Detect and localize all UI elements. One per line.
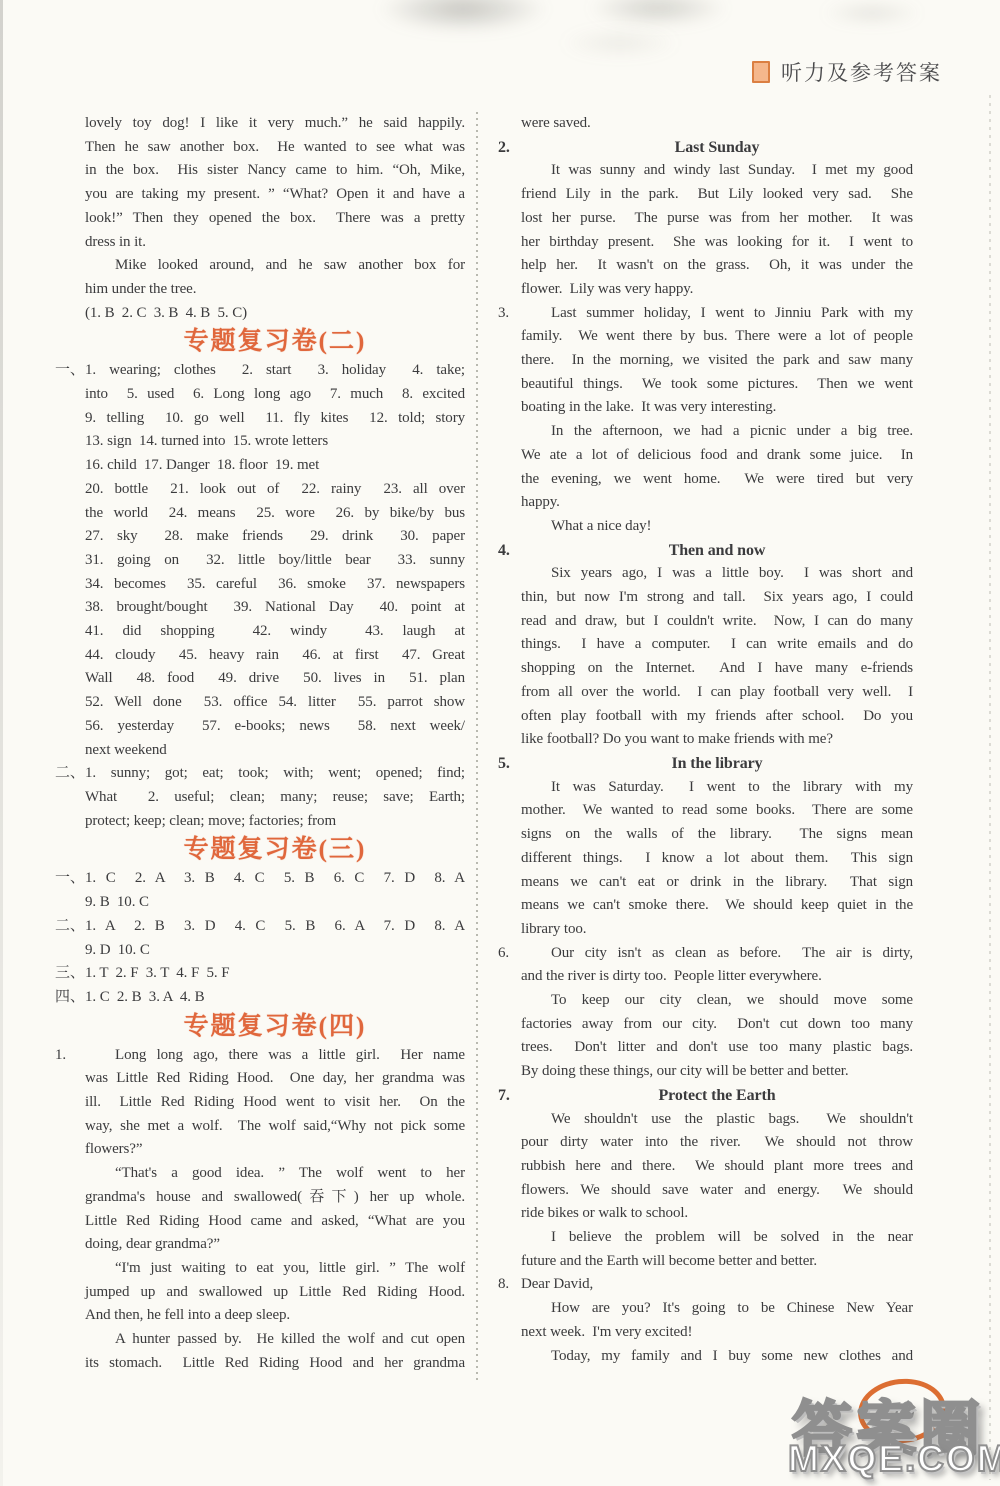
text-line: trees. Don't litter and don't use too ma…	[521, 1036, 913, 1060]
text-line: We ate a lot of delicious food and drank…	[521, 444, 913, 468]
line-text: Today, my family and I buy some new clot…	[551, 1348, 913, 1364]
text-line: 6.Our city isn't as clean as before. The…	[521, 942, 913, 966]
line-text: 1. T 2. F 3. T 4. F 5. F	[85, 965, 229, 981]
text-line: factories away from our city. Don't cut …	[521, 1013, 913, 1037]
line-text: In the library	[671, 755, 762, 772]
section-heading: 专题复习卷(二)	[85, 325, 465, 359]
page-left-edge	[0, 0, 3, 1486]
line-text: different things. I know a lot about the…	[521, 850, 913, 866]
line-text: protect; keep; clean; move; factories; f…	[85, 813, 336, 829]
passage-title: 5.In the library	[521, 752, 913, 776]
line-text: “That's a good idea. ” The wolf went to …	[115, 1165, 465, 1181]
line-text: Then and now	[669, 542, 766, 559]
line-text: flowers?”	[85, 1141, 142, 1157]
text-line: read and draw, but I couldn't write. Now…	[521, 610, 913, 634]
item-marker: 7.	[498, 1084, 510, 1108]
text-line: flowers?”	[85, 1138, 465, 1162]
line-text: A hunter passed by. He killed the wolf a…	[115, 1331, 465, 1347]
line-text: Last Sunday	[675, 139, 760, 156]
item-marker: 三、	[55, 962, 85, 986]
line-text: 9. telling 10. go well 11. fly kites 12.…	[85, 410, 465, 426]
line-text: the world 24. means 25. wore 26. by bike…	[85, 505, 465, 521]
line-text: Then he saw another box. He wanted to se…	[85, 139, 465, 155]
line-text: rubbish here and there. We should plant …	[521, 1158, 913, 1174]
line-text: was Little Red Riding Hood. One day, her…	[85, 1070, 465, 1086]
line-text: friend Lily in the park. But Lily looked…	[521, 186, 913, 202]
line-text: factories away from our city. Don't cut …	[521, 1016, 913, 1032]
line-text: help her. It wasn't on the grass. Oh, it…	[521, 257, 913, 273]
text-line: boating in the lake. It was very interes…	[521, 396, 913, 420]
page-title: 听力及参考答案	[781, 57, 942, 87]
line-text: 27. sky 28. make friends 29. drink 30. p…	[85, 528, 465, 544]
text-line: 16. child 17. Danger 18. floor 19. met	[85, 454, 465, 478]
line-text: 9. D 10. C	[85, 942, 150, 958]
page-right-edge	[989, 95, 991, 1480]
line-text: often play football with my friends afte…	[521, 708, 913, 724]
line-text: 56. yesterday 57. e-books; news 58. next…	[85, 718, 465, 734]
text-line: 27. sky 28. make friends 29. drink 30. p…	[85, 525, 465, 549]
line-text: means we can't smoke there. We should ke…	[521, 897, 913, 913]
line-text: family. We went there by bus. There were…	[521, 328, 913, 344]
line-text: were saved.	[521, 115, 591, 131]
line-text: 1. C 2. B 3. A 4. B	[85, 989, 205, 1005]
text-line: 13. sign 14. turned into 15. wrote lette…	[85, 430, 465, 454]
text-line: Mike looked around, and he saw another b…	[85, 254, 465, 278]
line-text: Wall 48. food 49. drive 50. lives in 51.…	[85, 670, 465, 686]
line-text: flower. Lily was very happy.	[521, 281, 693, 297]
line-text: We shouldn't use the plastic bags. We sh…	[551, 1111, 913, 1127]
text-line: 一、1. wearing; clothes 2. start 3. holida…	[85, 359, 465, 383]
line-text: lovely toy dog! I like it very much.” he…	[85, 115, 465, 131]
text-line: lost her purse. The purse was from her m…	[521, 207, 913, 231]
text-line: way, she met a wolf. The wolf said,“Why …	[85, 1115, 465, 1139]
text-line: like football? Do you want to make frien…	[521, 728, 913, 752]
text-line: means we can't eat or drink in the libra…	[521, 871, 913, 895]
orange-square-icon	[752, 61, 770, 83]
line-text: him under the tree.	[85, 281, 196, 297]
text-line: the evening, we went home. We were tired…	[521, 468, 913, 492]
line-text: 1. sunny; got; eat; took; with; went; op…	[85, 765, 465, 781]
line-text: 1. C 2. A 3. B 4. C 5. B 6. C 7. D 8. A	[85, 870, 465, 886]
line-text: 13. sign 14. turned into 15. wrote lette…	[85, 433, 328, 449]
text-line: jumped up and swallowed up Little Red Ri…	[85, 1281, 465, 1305]
line-text: Last summer holiday, I went to Jinniu Pa…	[551, 305, 913, 321]
line-text: 9. B 10. C	[85, 894, 149, 910]
line-text: 1. wearing; clothes 2. start 3. holiday …	[85, 362, 465, 378]
text-line: rubbish here and there. We should plant …	[521, 1155, 913, 1179]
text-line: there. In the morning, we visited the pa…	[521, 349, 913, 373]
item-marker: 5.	[498, 752, 510, 776]
text-line: What 2. useful; clean; many; reuse; save…	[85, 786, 465, 810]
text-line: flower. Lily was very happy.	[521, 278, 913, 302]
text-line: into 5. used 6. Long long ago 7. much 8.…	[85, 383, 465, 407]
line-text: her birthday present. She was looking fo…	[521, 234, 913, 250]
line-text: Our city isn't as clean as before. The a…	[551, 945, 913, 961]
text-line: were saved.	[521, 112, 913, 136]
text-line: 9. B 10. C	[85, 891, 465, 915]
text-line: And then, he fell into a deep sleep.	[85, 1304, 465, 1328]
right-column: were saved.2.Last SundayIt was sunny and…	[521, 112, 913, 1368]
section-heading: 专题复习卷(三)	[85, 833, 465, 867]
item-marker: 1.	[55, 1044, 66, 1068]
line-text: things. I have a computer. I can write e…	[521, 636, 913, 652]
line-text: the evening, we went home. We were tired…	[521, 471, 913, 487]
line-text: 41. did shopping 42. windy 43. laugh at	[85, 623, 465, 639]
line-text: into 5. used 6. Long long ago 7. much 8.…	[85, 386, 465, 402]
line-text: next weekend	[85, 742, 167, 758]
section-heading: 专题复习卷(四)	[85, 1010, 465, 1044]
text-line: Wall 48. food 49. drive 50. lives in 51.…	[85, 667, 465, 691]
line-text: Protect the Earth	[658, 1087, 775, 1104]
line-text: What a nice day!	[551, 518, 651, 534]
line-text: its stomach. Little Red Riding Hood and …	[85, 1355, 465, 1371]
scanned-answer-page: 听力及参考答案 lovely toy dog! I like it very m…	[0, 0, 1000, 1486]
line-text: “I'm just waiting to eat you, little gir…	[115, 1260, 465, 1276]
text-line: 31. going on 32. little boy/little bear …	[85, 549, 465, 573]
text-line: In the afternoon, we had a picnic under …	[521, 420, 913, 444]
text-line: things. I have a computer. I can write e…	[521, 633, 913, 657]
text-line: was Little Red Riding Hood. One day, her…	[85, 1067, 465, 1091]
text-line: library too.	[521, 918, 913, 942]
page-header: 听力及参考答案	[752, 57, 942, 87]
line-text: To keep our city clean, we should move s…	[551, 992, 913, 1008]
line-text: future and the Earth will become better …	[521, 1253, 817, 1269]
text-line: its stomach. Little Red Riding Hood and …	[85, 1352, 465, 1376]
text-line: grandma's house and swallowed(吞下) her up…	[85, 1186, 465, 1210]
scan-artifact	[822, 2, 922, 24]
text-line: Then he saw another box. He wanted to se…	[85, 136, 465, 160]
text-line: 9. D 10. C	[85, 939, 465, 963]
item-marker: 6.	[498, 942, 509, 966]
text-line: flowers. We should save water and energy…	[521, 1179, 913, 1203]
text-line: thin, but now I'm strong and tall. Six y…	[521, 586, 913, 610]
line-text: thin, but now I'm strong and tall. Six y…	[521, 589, 913, 605]
line-text: happy.	[521, 494, 560, 510]
scan-artifact	[378, 0, 548, 32]
line-text: from all over the world. I can play foot…	[521, 684, 913, 700]
line-text: jumped up and swallowed up Little Red Ri…	[85, 1284, 465, 1300]
line-text: in the box. His sister Nancy came to him…	[85, 162, 465, 178]
text-line: in the box. His sister Nancy came to him…	[85, 159, 465, 183]
text-line: family. We went there by bus. There were…	[521, 325, 913, 349]
text-line: 38. brought/bought 39. National Day 40. …	[85, 596, 465, 620]
item-marker: 二、	[55, 762, 85, 786]
line-text: 1. A 2. B 3. D 4. C 5. B 6. A 7. D 8. A	[85, 918, 465, 934]
line-text: What 2. useful; clean; many; reuse; save…	[85, 789, 465, 805]
item-marker: 二、	[55, 915, 85, 939]
line-text: By doing these things, our city will be …	[521, 1063, 848, 1079]
text-line: beautiful things. We took some pictures.…	[521, 373, 913, 397]
line-text: way, she met a wolf. The wolf said,“Why …	[85, 1118, 465, 1134]
text-line: It was sunny and windy last Sunday. I me…	[521, 159, 913, 183]
line-text: 52. Well done 53. office 54. litter 55. …	[85, 694, 465, 710]
line-text: Long long ago, there was a little girl. …	[115, 1047, 465, 1063]
text-line: her birthday present. She was looking fo…	[521, 231, 913, 255]
text-line: 44. cloudy 45. heavy rain 46. at first 4…	[85, 644, 465, 668]
text-line: friend Lily in the park. But Lily looked…	[521, 183, 913, 207]
text-line: look!” Then they opened the box. There w…	[85, 207, 465, 231]
line-text: next week. I'm very excited!	[521, 1324, 692, 1340]
line-text: means we can't eat or drink in the libra…	[521, 874, 913, 890]
line-text: 44. cloudy 45. heavy rain 46. at first 4…	[85, 647, 465, 663]
line-text: In the afternoon, we had a picnic under …	[551, 423, 913, 439]
line-text: And then, he fell into a deep sleep.	[85, 1307, 290, 1323]
line-text: mother. We wanted to read some books. Th…	[521, 802, 913, 818]
line-text: flowers. We should save water and energy…	[521, 1182, 913, 1198]
line-text: 34. becomes 35. careful 36. smoke 37. ne…	[85, 576, 465, 592]
text-line: 1.Long long ago, there was a little girl…	[85, 1044, 465, 1068]
line-text: ride bikes or walk to school.	[521, 1205, 688, 1221]
line-text: and the river is dirty too. People litte…	[521, 968, 822, 984]
item-marker: 一、	[55, 359, 85, 383]
text-line: 四、1. C 2. B 3. A 4. B	[85, 986, 465, 1010]
text-line: ride bikes or walk to school.	[521, 1202, 913, 1226]
line-text: signs on the walls of the library. The s…	[521, 826, 913, 842]
watermark-site: MXQE.COM	[788, 1438, 1000, 1480]
text-line: next week. I'm very excited!	[521, 1321, 913, 1345]
line-text: ill. Little Red Riding Hood went to visi…	[85, 1094, 465, 1110]
item-marker: 2.	[498, 136, 510, 160]
line-text: shopping on the Internet. And I have man…	[521, 660, 913, 676]
line-text: 专题复习卷(二)	[184, 328, 367, 355]
text-line: ill. Little Red Riding Hood went to visi…	[85, 1091, 465, 1115]
column-divider	[476, 112, 478, 1380]
text-line: mother. We wanted to read some books. Th…	[521, 799, 913, 823]
text-line: happy.	[521, 491, 913, 515]
text-line: future and the Earth will become better …	[521, 1250, 913, 1274]
text-line: By doing these things, our city will be …	[521, 1060, 913, 1084]
text-line: dress in it.	[85, 231, 465, 255]
scan-artifact	[588, 0, 728, 26]
text-line: 41. did shopping 42. windy 43. laugh at	[85, 620, 465, 644]
text-line: 二、1. A 2. B 3. D 4. C 5. B 6. A 7. D 8. …	[85, 915, 465, 939]
text-line: and the river is dirty too. People litte…	[521, 965, 913, 989]
passage-title: 2.Last Sunday	[521, 136, 913, 160]
line-text: library too.	[521, 921, 586, 937]
text-line: you are taking my present. ” “What? Open…	[85, 183, 465, 207]
item-marker: 8.	[498, 1273, 509, 1297]
scan-artifact	[560, 28, 680, 58]
text-line: I believe the problem will be solved in …	[521, 1226, 913, 1250]
text-line: Six years ago, I was a little boy. I was…	[521, 562, 913, 586]
line-text: grandma's house and swallowed(吞下) her up…	[85, 1189, 465, 1205]
line-text: How are you? It's going to be Chinese Ne…	[551, 1300, 913, 1316]
line-text: It was sunny and windy last Sunday. I me…	[551, 162, 913, 178]
text-line: A hunter passed by. He killed the wolf a…	[85, 1328, 465, 1352]
text-line: Little Red Riding Hood came and asked, “…	[85, 1210, 465, 1234]
text-line: 56. yesterday 57. e-books; news 58. next…	[85, 715, 465, 739]
text-line: 二、1. sunny; got; eat; took; with; went; …	[85, 762, 465, 786]
item-marker: 四、	[55, 986, 85, 1010]
line-text: Dear David,	[521, 1276, 593, 1292]
text-line: (1. B 2. C 3. B 4. B 5. C)	[85, 302, 465, 326]
text-line: help her. It wasn't on the grass. Oh, it…	[521, 254, 913, 278]
text-line: often play football with my friends afte…	[521, 705, 913, 729]
text-line: 52. Well done 53. office 54. litter 55. …	[85, 691, 465, 715]
left-column: lovely toy dog! I like it very much.” he…	[85, 112, 465, 1375]
line-text: 38. brought/bought 39. National Day 40. …	[85, 599, 465, 615]
line-text: Six years ago, I was a little boy. I was…	[551, 565, 913, 581]
line-text: Little Red Riding Hood came and asked, “…	[85, 1213, 465, 1229]
text-line: the world 24. means 25. wore 26. by bike…	[85, 502, 465, 526]
line-text: It was Saturday. I went to the library w…	[551, 779, 913, 795]
text-line: different things. I know a lot about the…	[521, 847, 913, 871]
text-line: lovely toy dog! I like it very much.” he…	[85, 112, 465, 136]
text-line: 一、1. C 2. A 3. B 4. C 5. B 6. C 7. D 8. …	[85, 867, 465, 891]
text-line: shopping on the Internet. And I have man…	[521, 657, 913, 681]
text-line: signs on the walls of the library. The s…	[521, 823, 913, 847]
line-text: 20. bottle 21. look out of 22. rainy 23.…	[85, 481, 465, 497]
line-text: look!” Then they opened the box. There w…	[85, 210, 465, 226]
text-line: 9. telling 10. go well 11. fly kites 12.…	[85, 407, 465, 431]
line-text: boating in the lake. It was very interes…	[521, 399, 776, 415]
line-text: like football? Do you want to make frien…	[521, 731, 833, 747]
text-line: pour dirty water into the river. We shou…	[521, 1131, 913, 1155]
line-text: Mike looked around, and he saw another b…	[115, 257, 465, 273]
item-marker: 一、	[55, 867, 85, 891]
text-line: doing, dear grandma?”	[85, 1233, 465, 1257]
line-text: dress in it.	[85, 234, 146, 250]
line-text: 专题复习卷(三)	[184, 836, 367, 863]
text-line: It was Saturday. I went to the library w…	[521, 776, 913, 800]
text-line: Today, my family and I buy some new clot…	[521, 1345, 913, 1369]
text-line: How are you? It's going to be Chinese Ne…	[521, 1297, 913, 1321]
text-line: next weekend	[85, 739, 465, 763]
item-marker: 3.	[498, 302, 509, 326]
text-line: 8.Dear David,	[521, 1273, 913, 1297]
text-line: We shouldn't use the plastic bags. We sh…	[521, 1108, 913, 1132]
line-text: I believe the problem will be solved in …	[551, 1229, 913, 1245]
text-line: protect; keep; clean; move; factories; f…	[85, 810, 465, 834]
text-line: 34. becomes 35. careful 36. smoke 37. ne…	[85, 573, 465, 597]
line-text: We ate a lot of delicious food and drank…	[521, 447, 913, 463]
line-text: 专题复习卷(四)	[184, 1013, 367, 1040]
line-text: lost her purse. The purse was from her m…	[521, 210, 913, 226]
text-line: To keep our city clean, we should move s…	[521, 989, 913, 1013]
text-line: “I'm just waiting to eat you, little gir…	[85, 1257, 465, 1281]
line-text: 31. going on 32. little boy/little bear …	[85, 552, 465, 568]
text-line: What a nice day!	[521, 515, 913, 539]
line-text: (1. B 2. C 3. B 4. B 5. C)	[85, 305, 247, 321]
item-marker: 4.	[498, 539, 510, 563]
text-line: him under the tree.	[85, 278, 465, 302]
line-text: read and draw, but I couldn't write. Now…	[521, 613, 913, 629]
text-line: 三、1. T 2. F 3. T 4. F 5. F	[85, 962, 465, 986]
text-line: 20. bottle 21. look out of 22. rainy 23.…	[85, 478, 465, 502]
line-text: beautiful things. We took some pictures.…	[521, 376, 913, 392]
text-line: means we can't smoke there. We should ke…	[521, 894, 913, 918]
line-text: there. In the morning, we visited the pa…	[521, 352, 913, 368]
line-text: doing, dear grandma?”	[85, 1236, 220, 1252]
text-line: from all over the world. I can play foot…	[521, 681, 913, 705]
line-text: trees. Don't litter and don't use too ma…	[521, 1039, 913, 1055]
line-text: pour dirty water into the river. We shou…	[521, 1134, 913, 1150]
text-line: “That's a good idea. ” The wolf went to …	[85, 1162, 465, 1186]
passage-title: 4.Then and now	[521, 539, 913, 563]
line-text: 16. child 17. Danger 18. floor 19. met	[85, 457, 319, 473]
passage-title: 7.Protect the Earth	[521, 1084, 913, 1108]
text-line: 3.Last summer holiday, I went to Jinniu …	[521, 302, 913, 326]
line-text: you are taking my present. ” “What? Open…	[85, 186, 465, 202]
